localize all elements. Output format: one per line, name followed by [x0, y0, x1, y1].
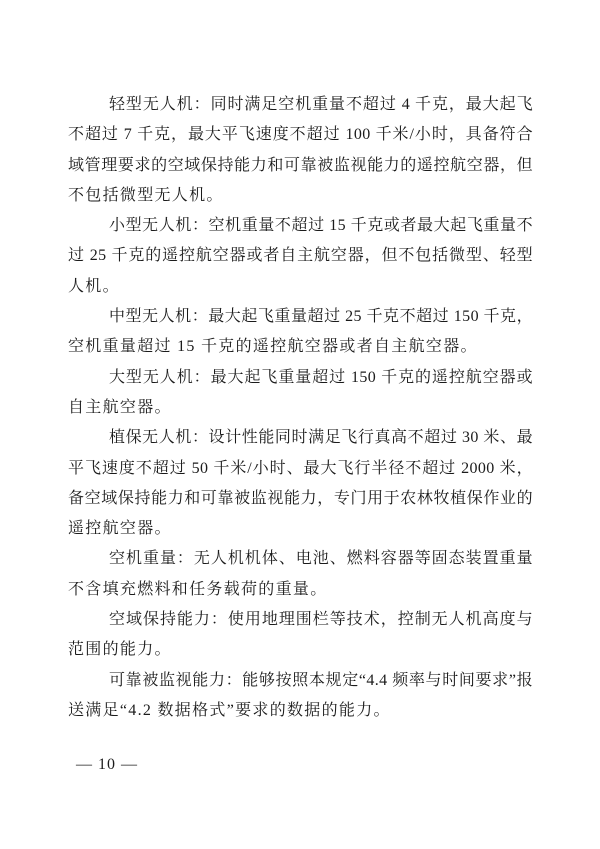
- text-line: 空机重量超过 15 千克的遥控航空器或者自主航空器。: [68, 332, 533, 362]
- text-line: 可靠被监视能力：能够按照本规定“4.4 频率与时间要求”报: [68, 666, 533, 696]
- paragraph-plant-protection-uav: 植保无人机：设计性能同时满足飞行真高不超过 30 米、最大平飞速度不超过 50 …: [68, 423, 533, 544]
- text-line: 域管理要求的空域保持能力和可靠被监视能力的遥控航空器，但: [68, 151, 533, 181]
- text-line: 自主航空器。: [68, 393, 533, 423]
- text-line: 人机。: [68, 272, 533, 302]
- document-page: 轻型无人机：同时满足空机重量不超过 4 千克，最大起飞重量不超过 7 千克，最大…: [0, 0, 600, 849]
- text-line: 不包括微型无人机。: [68, 181, 533, 211]
- text-line: 植保无人机：设计性能同时满足飞行真高不超过 30 米、最大: [68, 423, 533, 453]
- text-line: 平飞速度不超过 50 千米/小时、最大飞行半径不超过 2000 米，具: [68, 454, 533, 484]
- text-line: 遥控航空器。: [68, 514, 533, 544]
- text-line: 范围的能力。: [68, 635, 533, 665]
- paragraph-reliable-surveillance-capability: 可靠被监视能力：能够按照本规定“4.4 频率与时间要求”报送满足“4.2 数据格…: [68, 666, 533, 727]
- text-line: 中型无人机：最大起飞重量超过 25 千克不超过 150 千克，且: [68, 302, 533, 332]
- text-line: 大型无人机：最大起飞重量超过 150 千克的遥控航空器或者: [68, 363, 533, 393]
- text-line: 空机重量：无人机机体、电池、燃料容器等固态装置重量总和，: [68, 544, 533, 574]
- paragraph-empty-weight: 空机重量：无人机机体、电池、燃料容器等固态装置重量总和，不含填充燃料和任务载荷的…: [68, 544, 533, 605]
- document-body: 轻型无人机：同时满足空机重量不超过 4 千克，最大起飞重量不超过 7 千克，最大…: [68, 90, 533, 726]
- text-line: 轻型无人机：同时满足空机重量不超过 4 千克，最大起飞重量: [68, 90, 533, 120]
- text-line: 小型无人机：空机重量不超过 15 千克或者最大起飞重量不超: [68, 211, 533, 241]
- paragraph-light-uav: 轻型无人机：同时满足空机重量不超过 4 千克，最大起飞重量不超过 7 千克，最大…: [68, 90, 533, 211]
- page-footer: — 10 —: [76, 755, 138, 775]
- text-line: 不超过 7 千克，最大平飞速度不超过 100 千米/小时，具备符合空: [68, 120, 533, 150]
- text-line: 空域保持能力：使用地理围栏等技术，控制无人机高度与水平: [68, 605, 533, 635]
- text-line: 送满足“4.2 数据格式”要求的数据的能力。: [68, 696, 533, 726]
- paragraph-large-uav: 大型无人机：最大起飞重量超过 150 千克的遥控航空器或者自主航空器。: [68, 363, 533, 424]
- paragraph-small-uav: 小型无人机：空机重量不超过 15 千克或者最大起飞重量不超过 25 千克的遥控航…: [68, 211, 533, 302]
- text-line: 不含填充燃料和任务载荷的重量。: [68, 575, 533, 605]
- paragraph-medium-uav: 中型无人机：最大起飞重量超过 25 千克不超过 150 千克，且空机重量超过 1…: [68, 302, 533, 363]
- text-line: 备空域保持能力和可靠被监视能力，专门用于农林牧植保作业的: [68, 484, 533, 514]
- text-line: 过 25 千克的遥控航空器或者自主航空器，但不包括微型、轻型无: [68, 241, 533, 271]
- page-number: — 10 —: [76, 756, 138, 773]
- paragraph-airspace-keeping-capability: 空域保持能力：使用地理围栏等技术，控制无人机高度与水平范围的能力。: [68, 605, 533, 666]
